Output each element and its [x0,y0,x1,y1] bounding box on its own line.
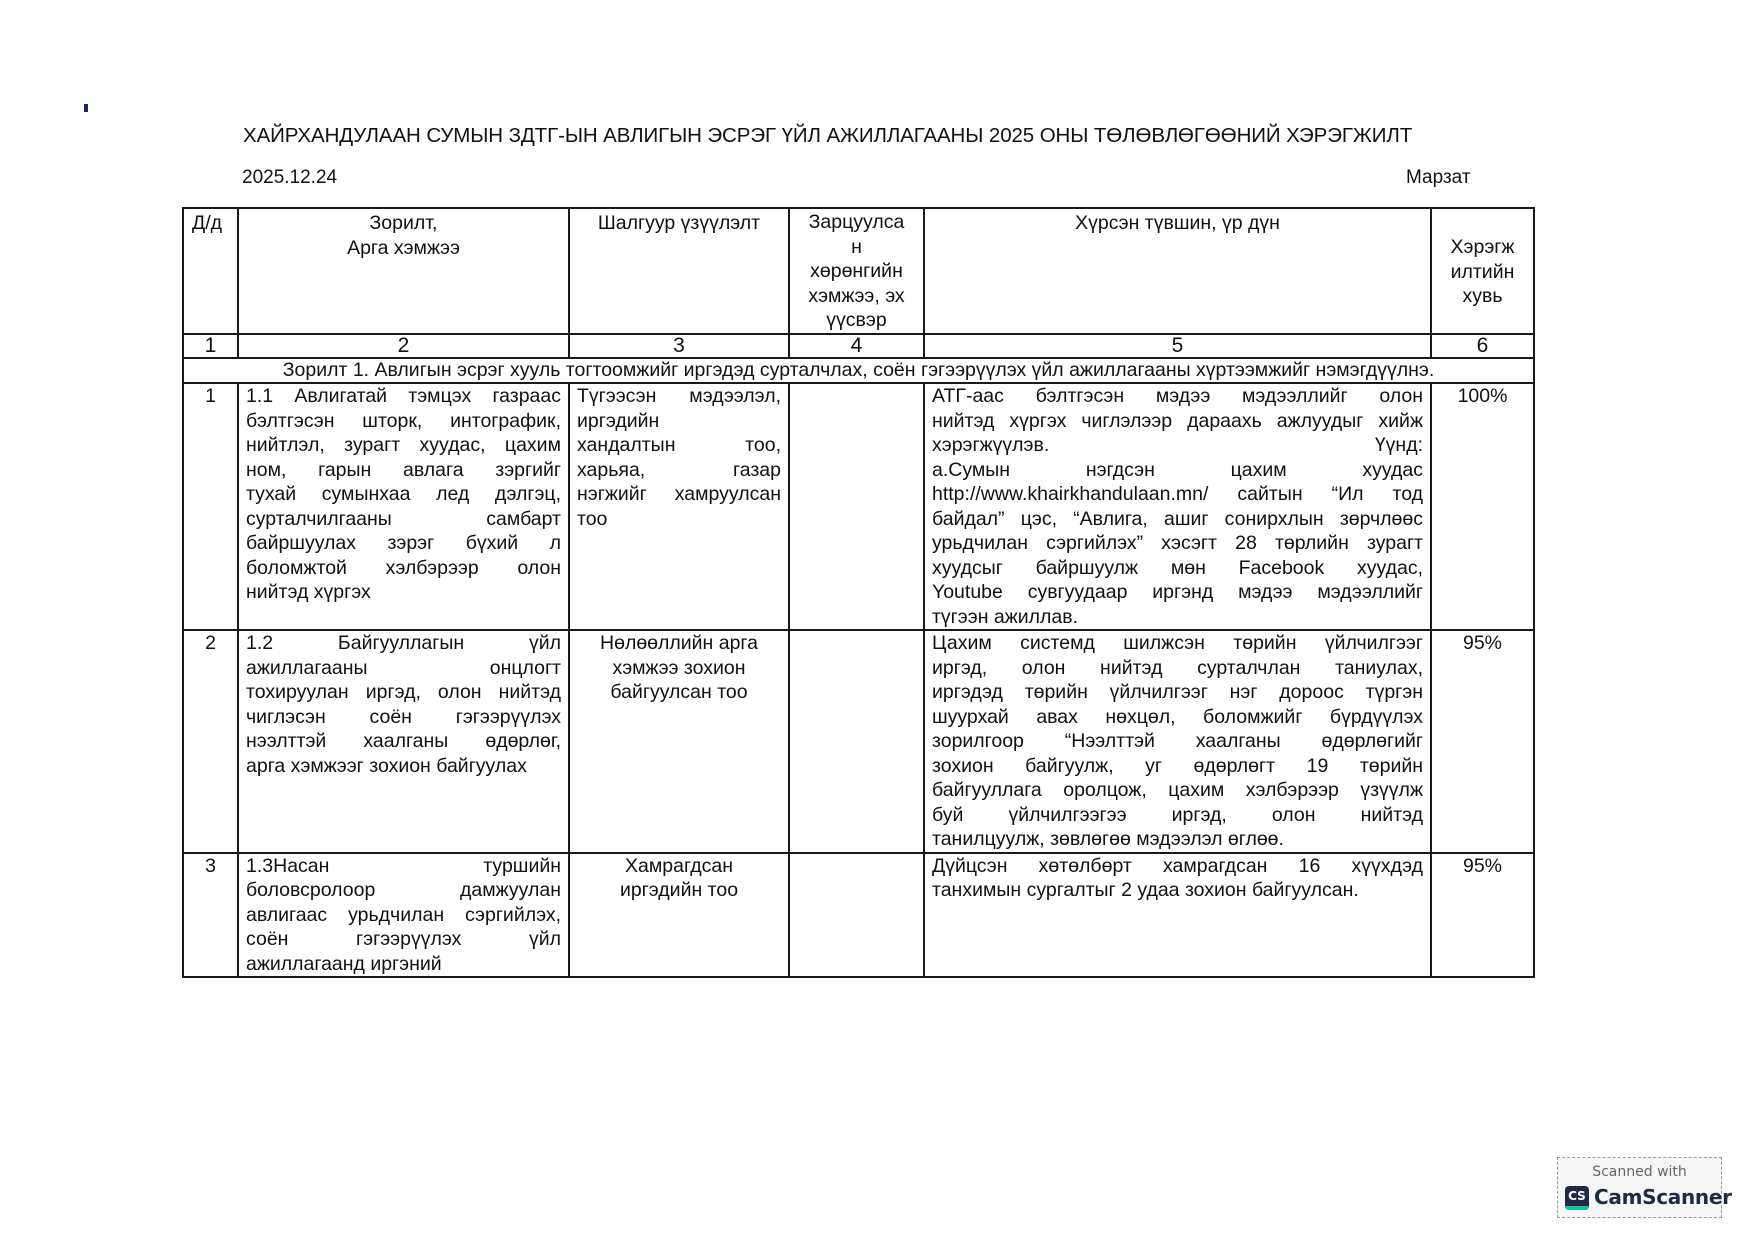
cell-text-line: нийтлэл, зурагт хуудас, цахим [246,433,561,458]
cell-text-line: ном, гарын авлага зэргийг [246,458,561,483]
cell-text-line: илтийн [1439,260,1526,285]
table-row: 3 1.3Насан туршийнболовсролоор дамжуулан… [183,853,1534,978]
document-place: Марзат [1406,167,1471,189]
cell-text-line: иргэдэд төрийн үйлчилгээг нэг дороос түр… [932,680,1423,705]
header-criteria: Шалгуур үзүүлэлт [569,208,789,334]
column-number: 2 [238,334,569,358]
row-result: Дүйцсэн хөтөлбөрт хамрагдсан 16 хүүхдэдт… [924,853,1431,978]
cell-text-line: н [792,235,921,260]
cell-text-line: авлигаас урьдчилан сэргийлэх, [246,903,561,928]
cell-text-line: хэмжээ, эх [792,284,921,309]
cell-text-line: зорилгоор “Нээлттэй хаалганы өдөрлөгийг [932,729,1423,754]
cell-text-line: хуудсыг байршуулж мөн Facebook хуудас, [932,556,1423,581]
cell-text-line: байршуулах зэрэг бүхий л [246,531,561,556]
table-header-row: Д/д Зорилт,Арга хэмжээ Шалгуур үзүүлэлт … [183,208,1534,334]
row-percent: 100% [1431,383,1534,630]
column-number: 4 [789,334,924,358]
cell-text-line: ажиллагаанд иргэний [246,952,561,977]
scan-artifact-mark [84,104,88,112]
header-no: Д/д [183,208,238,334]
column-number: 1 [183,334,238,358]
cell-text-line: хандалтын тоо, [577,433,781,458]
cell-text-line: Хэрэгж [1439,235,1526,260]
cell-text-line: Түгээсэн мэдээлэл, [577,384,781,409]
cell-text-line: үүсвэр [792,308,921,333]
row-action: 1.3Насан туршийнболовсролоор дамжууланав… [238,853,569,978]
header-resources: Зарцуулсанхөрөнгийнхэмжээ, эхүүсвэр [789,208,924,334]
goal-1-heading: Зорилт 1. Авлигын эсрэг хууль тогтоомжий… [183,358,1534,383]
cell-text-line: нийтэд хүргэх чиглэлээр дараахь ажлуудыг… [932,409,1423,434]
row-result: Цахим системд шилжсэн төрийн үйлчилгээги… [924,630,1431,853]
cell-text-line: байгуулсан тоо [577,680,781,705]
row-action: 1.2 Байгууллагын үйлажиллагааны онцлогтт… [238,630,569,853]
cell-text-line: урьдчилан сэргийлэх” хэсэгт 28 төрлийн з… [932,531,1423,556]
cell-text-line: иргэдийн тоо [577,878,781,903]
cell-text-line: Цахим системд шилжсэн төрийн үйлчилгээг [932,631,1423,656]
row-resources [789,853,924,978]
row-number: 1 [183,383,238,630]
cell-text-line: ажиллагааны онцлогт [246,656,561,681]
header-result: Хүрсэн түвшин, үр дүн [924,208,1431,334]
cell-text-line: арга хэмжээг зохион байгуулах [246,754,561,779]
camscanner-watermark: Scanned with CS CamScanner [1557,1157,1722,1218]
cell-text-line: http://www.khairkhandulaan.mn/ сайтын “И… [932,482,1423,507]
row-result: АТГ-аас бэлтгэсэн мэдээ мэдээллийг олонн… [924,383,1431,630]
row-criteria: Нөлөөллийн аргахэмжээ зохионбайгуулсан т… [569,630,789,853]
cell-text-line: Хамрагдсан [577,854,781,879]
cell-text-line: 1.3Насан туршийн [246,854,561,879]
cell-text-line: танилцуулж, зөвлөгөө мэдээлэл өглөө. [932,827,1423,852]
cell-text-line: 1.2 Байгууллагын үйл [246,631,561,656]
cell-text-line: хэрэгжүүлэв. Үүнд: [932,433,1423,458]
document-title: ХАЙРХАНДУЛААН СУМЫН ЗДТГ-ЫН АВЛИГЫН ЭСРЭ… [243,124,1543,148]
cell-text-line: Youtube сувгуудаар иргэнд мэдээ мэдээлли… [932,580,1423,605]
cell-text-line: сурталчилгааны самбарт [246,507,561,532]
cell-text-line: нийтэд хүргэх [246,580,561,605]
cell-text-line: харьяа, газар [577,458,781,483]
cell-text-line: Нөлөөллийн арга [577,631,781,656]
row-resources [789,630,924,853]
camscanner-logo-icon: CS [1565,1186,1589,1210]
cell-text-line: боломжтой хэлбэрээр олон [246,556,561,581]
cell-text-line: түгээн ажиллав. [932,605,1423,630]
row-criteria: Хамрагдсаниргэдийн тоо [569,853,789,978]
header-goal-action: Зорилт,Арга хэмжээ [238,208,569,334]
cell-text-line: байгууллага оролцож, цахим хэлбэрээр үзү… [932,778,1423,803]
cell-text-line: бэлтгэсэн шторк, интографик, [246,409,561,434]
cell-text-line: байдал” цэс, “Авлига, ашиг сонирхлын зөр… [932,507,1423,532]
row-percent: 95% [1431,630,1534,853]
cell-text-line: тухай сумынхаа лед дэлгэц, [246,482,561,507]
cell-text-line: иргэдийн [577,409,781,434]
row-resources [789,383,924,630]
cell-text-line: хөрөнгийн [792,259,921,284]
table-row: 2 1.2 Байгууллагын үйлажиллагааны онцлог… [183,630,1534,853]
cell-text-line: Арга хэмжээ [246,236,561,261]
cell-text-line: хэмжээ зохион [577,656,781,681]
row-action: 1.1 Авлигатай тэмцэх газраасбэлтгэсэн шт… [238,383,569,630]
cell-text-line: 1.1 Авлигатай тэмцэх газраас [246,384,561,409]
cell-text-line: боловсролоор дамжуулан [246,878,561,903]
cell-text-line: нэгжийг хамруулсан [577,482,781,507]
row-percent: 95% [1431,853,1534,978]
column-number: 3 [569,334,789,358]
cell-text-line: танхимын сургалтыг 2 удаа зохион байгуул… [932,878,1423,903]
cell-text-line: Зорилт, [246,211,561,236]
watermark-brand: CamScanner [1594,1185,1732,1209]
document-date: 2025.12.24 [242,167,337,189]
column-number: 5 [924,334,1431,358]
header-percent: Хэрэгжилтийнхувь [1431,208,1534,334]
goal-banner-row: Зорилт 1. Авлигын эсрэг хууль тогтоомжий… [183,358,1534,383]
cell-text-line: АТГ-аас бэлтгэсэн мэдээ мэдээллийг олон [932,384,1423,409]
column-number: 6 [1431,334,1534,358]
cell-text-line: тохируулан иргэд, олон нийтэд [246,680,561,705]
column-number-row: 1 2 3 4 5 6 [183,334,1534,358]
cell-text-line: иргэд, олон нийтэд сурталчлан таниулах, [932,656,1423,681]
cell-text-line: шуурхай авах нөхцөл, боломжийг бүрдүүлэх [932,705,1423,730]
cell-text-line: Дүйцсэн хөтөлбөрт хамрагдсан 16 хүүхдэд [932,854,1423,879]
cell-text-line: нээлттэй хаалганы өдөрлөг, [246,729,561,754]
cell-text-line: чиглэсэн соён гэгээрүүлэх [246,705,561,730]
cell-text-line: зохион байгуулж, уг өдөрлөгт 19 төрийн [932,754,1423,779]
implementation-table: Д/д Зорилт,Арга хэмжээ Шалгуур үзүүлэлт … [182,207,1535,978]
row-criteria: Түгээсэн мэдээлэл,иргэдийнхандалтын тоо,… [569,383,789,630]
watermark-caption: Scanned with [1558,1164,1721,1180]
cell-text-line: тоо [577,507,781,532]
table-row: 1 1.1 Авлигатай тэмцэх газраасбэлтгэсэн … [183,383,1534,630]
row-number: 2 [183,630,238,853]
cell-text-line: Зарцуулса [792,210,921,235]
cell-text-line: соён гэгээрүүлэх үйл [246,927,561,952]
cell-text-line: а.Сумын нэгдсэн цахим хуудас [932,458,1423,483]
row-number: 3 [183,853,238,978]
cell-text-line: буй үйлчилгээгээ иргэд, олон нийтэд [932,803,1423,828]
cell-text-line: хувь [1439,284,1526,309]
